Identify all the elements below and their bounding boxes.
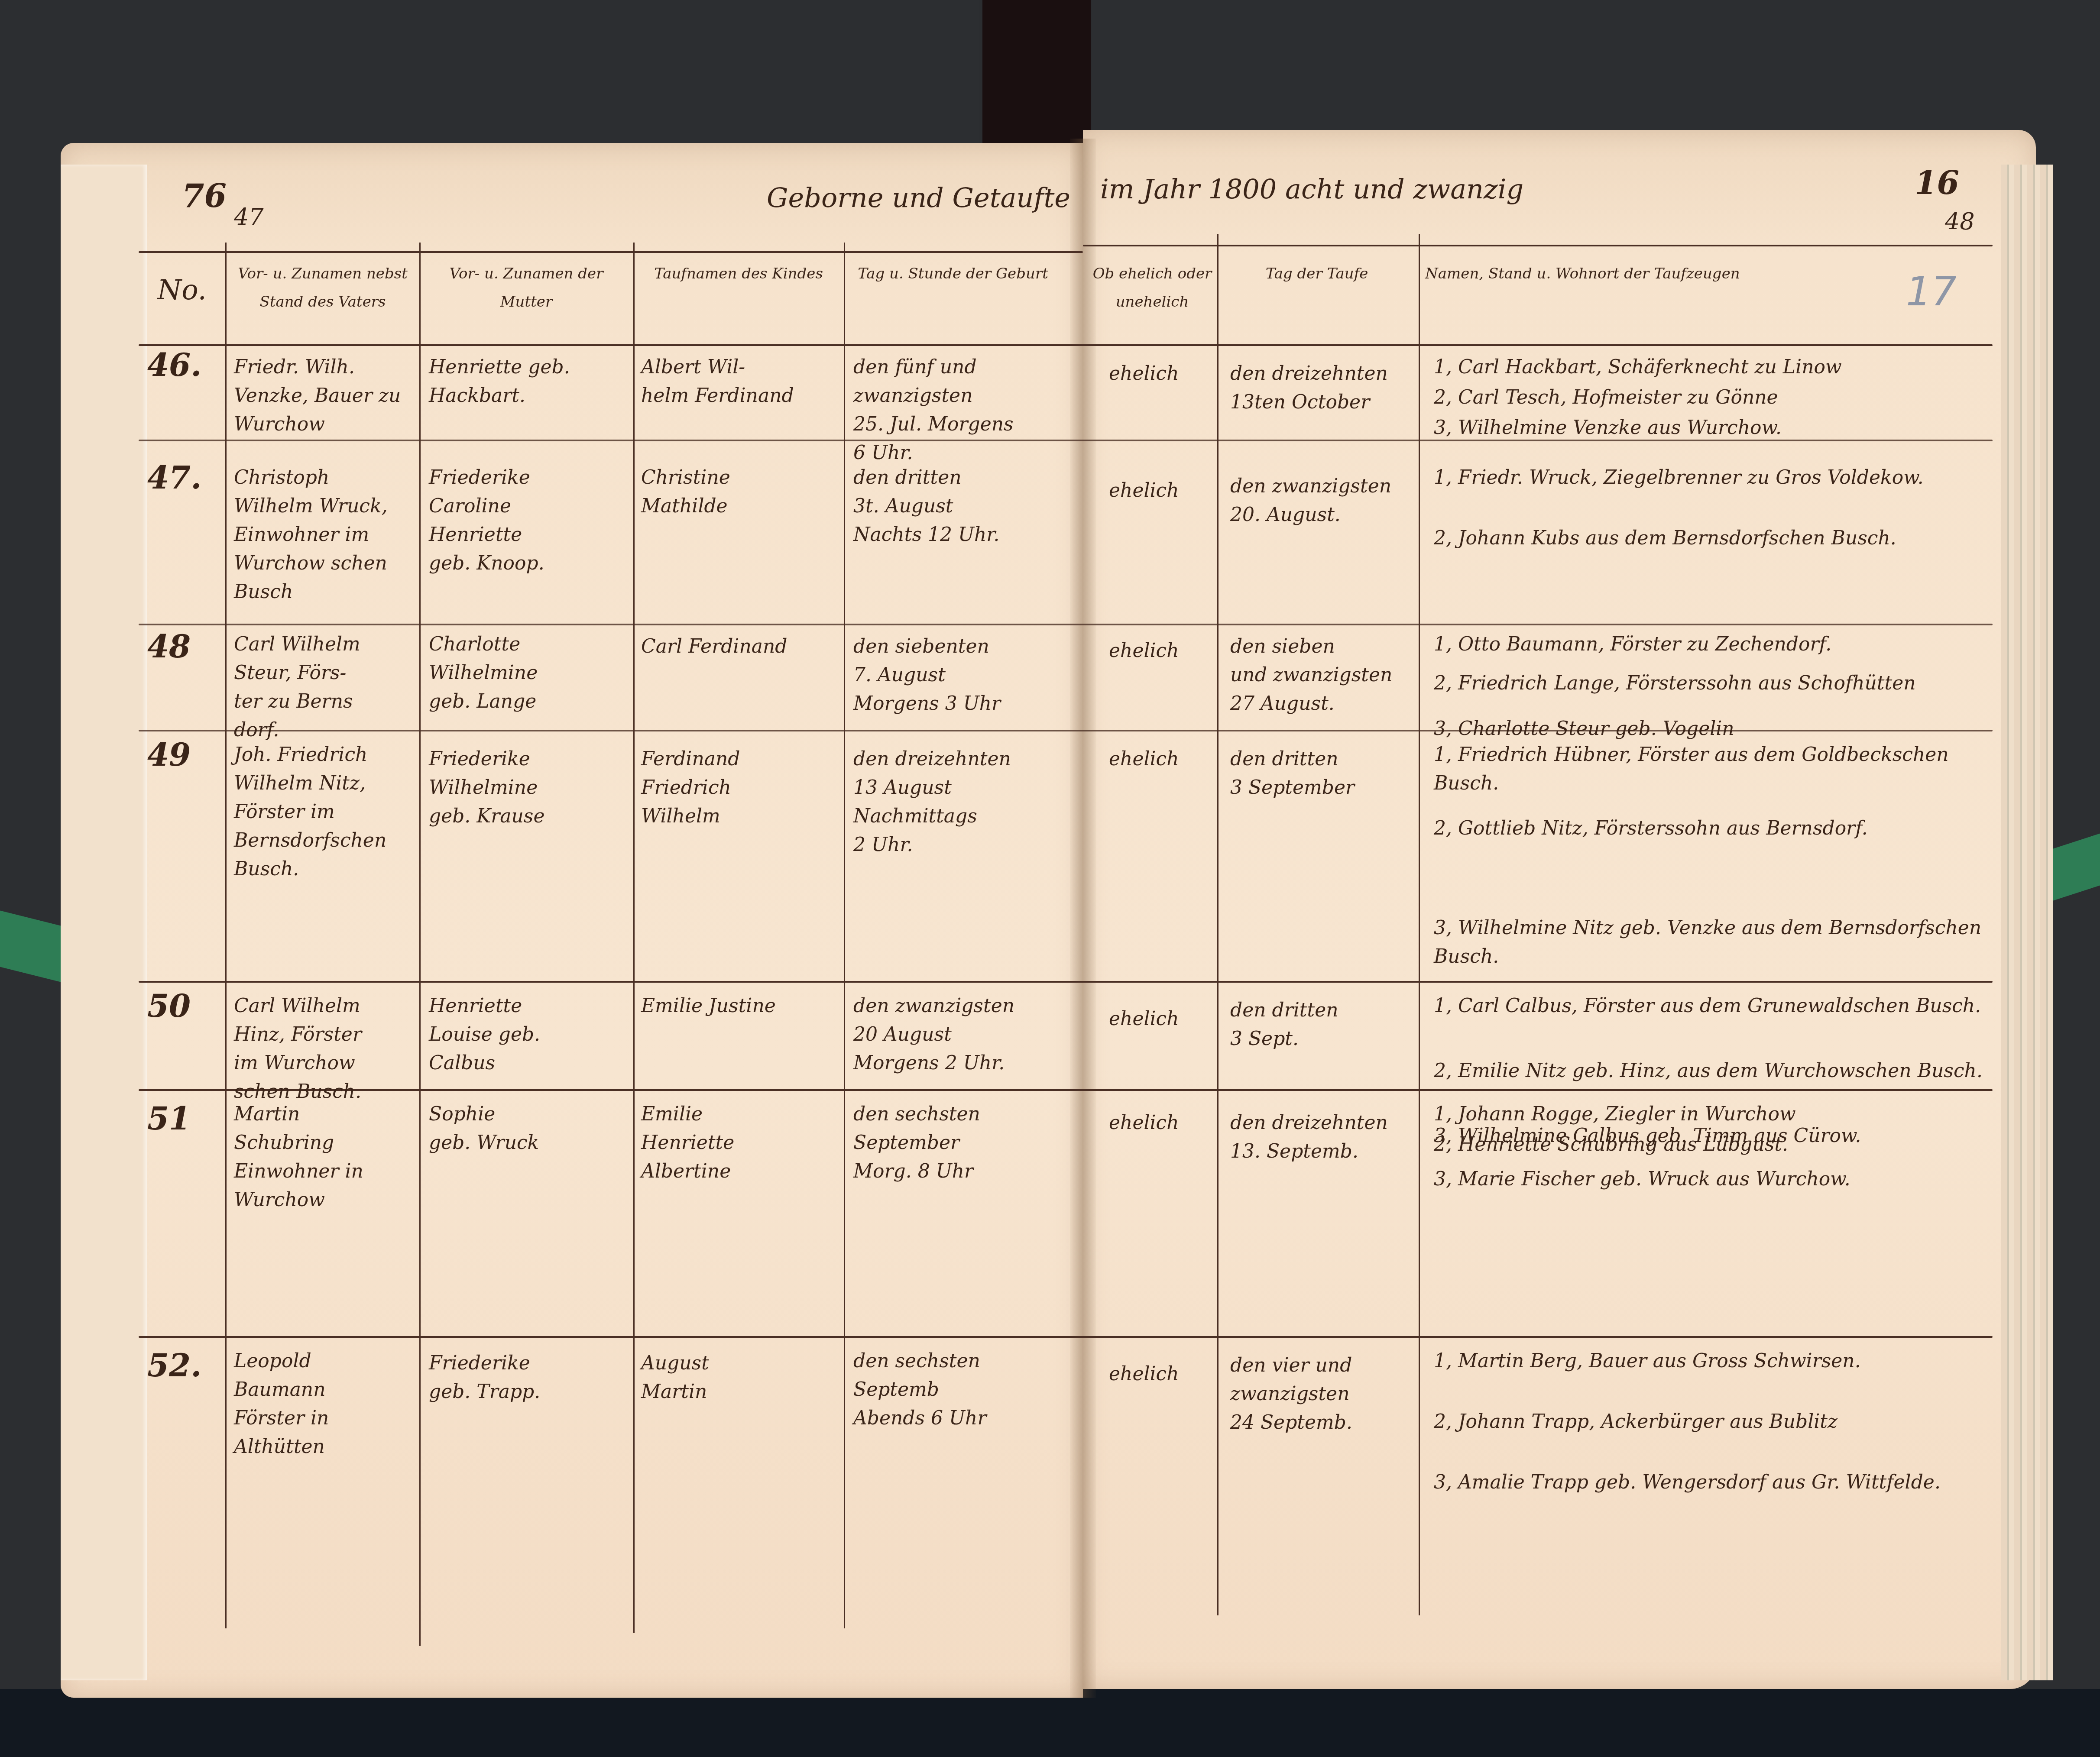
header-top-rule-left [139, 251, 1083, 253]
left-page-binding-flap [61, 165, 147, 1680]
row-rule-51 [139, 1336, 1993, 1338]
entry-number: 52. [147, 1347, 201, 1384]
father-cell: Leopold Baumann Förster in Althütten [234, 1347, 416, 1461]
legitimacy-cell: ehelich [1109, 1360, 1213, 1388]
father-cell: Martin Schubring Einwohner in Wurchow [234, 1100, 416, 1214]
book-spine [982, 0, 1091, 143]
child-cell: Carl Ferdinand [641, 632, 840, 661]
left-page-number-alt: 47 [234, 204, 264, 231]
sponsor-3: 3, Charlotte Steur geb. Vogelin [1434, 715, 1988, 743]
baptism-cell: den zwanzigsten 20. August. [1230, 472, 1416, 529]
row-rule-50 [139, 1089, 1993, 1091]
page-gutter [1070, 139, 1096, 1698]
mother-cell: Sophie geb. Wruck [429, 1100, 628, 1157]
sponsor-2: 2, Henriette Schubring aus Lübgust. [1434, 1130, 1988, 1159]
col-rule-1 [225, 243, 227, 1628]
father-cell: Carl Wilhelm Hinz, Förster im Wurchow sc… [234, 992, 416, 1106]
col-rule-6 [1419, 234, 1420, 1615]
legitimacy-cell: ehelich [1109, 745, 1213, 773]
sponsor-3: 3, Wilhelmine Venzke aus Wurchow. [1434, 414, 1988, 442]
legitimacy-cell: ehelich [1109, 637, 1213, 665]
father-cell: Joh. Friedrich Wilhelm Nitz, Förster im … [234, 741, 416, 883]
child-cell: Emilie Justine [641, 992, 840, 1020]
legitimacy-cell: ehelich [1109, 1109, 1213, 1137]
header-bottom-rule [139, 344, 1993, 346]
register-title-right: im Jahr 1800 acht und zwanzig [1100, 173, 1523, 205]
left-page-number: 76 [182, 178, 227, 215]
father-cell: Carl Wilhelm Steur, Förs- ter zu Berns d… [234, 630, 416, 744]
sponsor-1: 1, Carl Hackbart, Schäferknecht zu Linow [1434, 353, 1988, 382]
entry-number: 48 [147, 628, 191, 665]
header-father: Vor- u. Zunamen nebst Stand des Vaters [230, 260, 416, 316]
sponsor-3: 3, Amalie Trapp geb. Wengersdorf aus Gr.… [1434, 1468, 1988, 1497]
child-cell: Christine Mathilde [641, 463, 840, 521]
right-page-number-alt: 48 [1945, 208, 1975, 235]
scanner-bottom-band [0, 1689, 2100, 1757]
col-rule-3 [633, 243, 635, 1633]
child-cell: August Martin [641, 1349, 840, 1406]
sponsor-2: 2, Johann Kubs aus dem Bernsdorfschen Bu… [1434, 524, 1988, 553]
sponsor-2: 2, Friedrich Lange, Försterssohn aus Sch… [1434, 669, 1988, 698]
header-sponsors: Namen, Stand u. Wohnort der Taufzeugen [1425, 260, 1815, 288]
child-cell: Albert Wil- helm Ferdinand [641, 353, 840, 410]
row-rule-47 [139, 624, 1993, 625]
father-cell: Christoph Wilhelm Wruck, Einwohner im Wu… [234, 463, 416, 606]
birth-cell: den fünf und zwanzigsten 25. Jul. Morgen… [853, 353, 1061, 467]
baptism-cell: den dreizehnten 13ten October [1230, 359, 1416, 417]
header-top-rule-right [1083, 245, 1993, 246]
header-child: Taufnamen des Kindes [639, 260, 838, 288]
header-baptism: Tag der Taufe [1222, 260, 1412, 288]
entry-number: 49 [147, 736, 191, 773]
baptism-cell: den dreizehnten 13. Septemb. [1230, 1109, 1416, 1166]
header-mother: Vor- u. Zunamen der Mutter [425, 260, 628, 316]
sponsor-3: 3, Wilhelmine Nitz geb. Venzke aus dem B… [1434, 914, 1988, 971]
birth-cell: den siebenten 7. August Morgens 3 Uhr [853, 632, 1061, 718]
row-rule-49 [139, 981, 1993, 983]
page-edges-stack [2001, 165, 2053, 1680]
baptism-cell: den dritten 3 Sept. [1230, 996, 1416, 1053]
mother-cell: Friederike geb. Trapp. [429, 1349, 628, 1406]
birth-cell: den dritten 3t. August Nachts 12 Uhr. [853, 463, 1061, 549]
sponsor-1: 1, Friedrich Hübner, Förster aus dem Gol… [1434, 741, 1988, 798]
header-birth: Tag u. Stunde der Geburt [849, 260, 1057, 288]
sponsor-2: 2, Emilie Nitz geb. Hinz, aus dem Wurcho… [1434, 1057, 1988, 1085]
register-title-left: Geborne und Getaufte [767, 182, 1070, 214]
sponsor-1: 1, Carl Calbus, Förster aus dem Grunewal… [1434, 992, 1988, 1020]
legitimacy-cell: ehelich [1109, 1005, 1213, 1033]
sponsor-2: 2, Gottlieb Nitz, Försterssohn aus Berns… [1434, 814, 1988, 843]
col-rule-2 [419, 243, 421, 1646]
mother-cell: Charlotte Wilhelmine geb. Lange [429, 630, 628, 716]
sponsor-2: 2, Carl Tesch, Hofmeister zu Gönne [1434, 383, 1988, 412]
child-cell: Emilie Henriette Albertine [641, 1100, 840, 1186]
right-page-number: 16 [1915, 165, 1959, 202]
child-cell: Ferdinand Friedrich Wilhelm [641, 745, 840, 831]
col-rule-4 [844, 243, 845, 1628]
mother-cell: Henriette Louise geb. Calbus [429, 992, 628, 1077]
mother-cell: Friederike Wilhelmine geb. Krause [429, 745, 628, 831]
birth-cell: den dreizehnten 13 August Nachmittags 2 … [853, 745, 1061, 859]
pencil-annotation: 17 [1906, 269, 1957, 315]
legitimacy-cell: ehelich [1109, 476, 1213, 505]
birth-cell: den sechsten Septemb Abends 6 Uhr [853, 1347, 1061, 1433]
entry-number: 47. [147, 459, 201, 496]
father-cell: Friedr. Wilh. Venzke, Bauer zu Wurchow [234, 353, 416, 439]
mother-cell: Friederike Caroline Henriette geb. Knoop… [429, 463, 628, 578]
baptism-cell: den sieben und zwanzigsten 27 August. [1230, 632, 1416, 718]
header-legitimacy: Ob ehelich oder unehelich [1092, 260, 1213, 316]
entry-number: 46. [147, 346, 201, 383]
sponsor-1: 1, Johann Rogge, Ziegler in Wurchow [1434, 1100, 1988, 1129]
col-rule-5 [1217, 234, 1219, 1615]
header-no: No. [143, 264, 221, 317]
birth-cell: den sechsten September Morg. 8 Uhr [853, 1100, 1061, 1186]
birth-cell: den zwanzigsten 20 August Morgens 2 Uhr. [853, 992, 1061, 1077]
legitimacy-cell: ehelich [1109, 359, 1213, 388]
mother-cell: Henriette geb. Hackbart. [429, 353, 628, 410]
baptism-cell: den vier und zwanzigsten 24 Septemb. [1230, 1351, 1416, 1437]
sponsor-1: 1, Otto Baumann, Förster zu Zechendorf. [1434, 630, 1988, 659]
entry-number: 50 [147, 987, 191, 1024]
entry-number: 51 [147, 1100, 191, 1137]
sponsor-1: 1, Friedr. Wruck, Ziegelbrenner zu Gros … [1434, 463, 1988, 492]
sponsor-2: 2, Johann Trapp, Ackerbürger aus Bublitz [1434, 1408, 1988, 1436]
sponsor-3: 3, Marie Fischer geb. Wruck aus Wurchow. [1434, 1165, 1988, 1194]
sponsor-1: 1, Martin Berg, Bauer aus Gross Schwirse… [1434, 1347, 1988, 1375]
baptism-cell: den dritten 3 September [1230, 745, 1416, 802]
